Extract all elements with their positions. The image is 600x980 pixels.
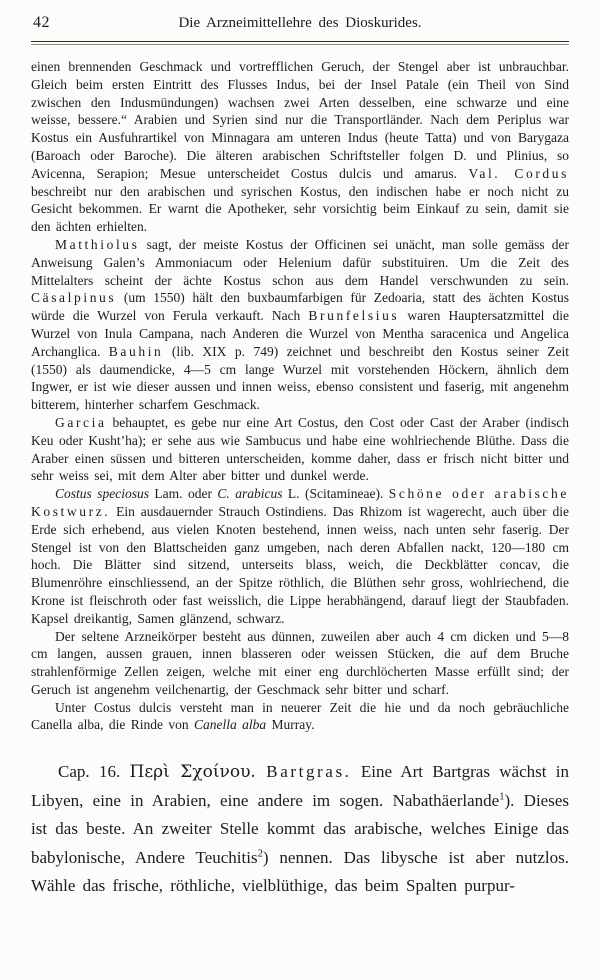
header-rule [31, 41, 569, 45]
text-run: Bartgras. [266, 762, 351, 781]
text-run: behauptet, es gebe nur eine Art Costus, … [31, 415, 569, 483]
text-run: Murray. [266, 717, 314, 732]
text-run: einen brennenden Geschmack und vortreffl… [31, 59, 569, 181]
text-run: Bauhin [109, 344, 164, 359]
page-header: 42 Die Arzneimittellehre des Dioskurides… [31, 14, 569, 38]
paragraph-cap-16: Cap. 16. Περὶ Σχοίνου. Bartgras. Eine Ar… [31, 758, 569, 901]
text-run: beschreibt nur den arabischen und syrisc… [31, 184, 569, 235]
page-body: einen brennenden Geschmack und vortreffl… [31, 58, 569, 901]
paragraph-costus-continuation: einen brennenden Geschmack und vortreffl… [31, 58, 569, 236]
text-run: Matthiolus [55, 237, 140, 252]
text-run: Cap. 16. [58, 762, 130, 781]
text-run: C. arabicus [217, 486, 282, 501]
running-title: Die Arzneimittellehre des Dioskurides. [31, 15, 569, 32]
paragraph-costus-speciosus: Costus speciosus Lam. oder C. arabicus L… [31, 485, 569, 627]
text-run: Garcia [55, 415, 107, 430]
paragraph-arzneikoerper: Der seltene Arzneikörper besteht aus dün… [31, 628, 569, 699]
text-run: L. (Scitamineae). [282, 486, 388, 501]
text-run: Περὶ Σχοίνου. [130, 762, 267, 782]
text-run: Val. Cordus [469, 166, 570, 181]
paragraph-matthiolus: Matthiolus sagt, der meiste Kostus der O… [31, 236, 569, 414]
paragraph-costus-dulcis: Unter Costus dulcis versteht man in neue… [31, 699, 569, 735]
paragraph-garcia: Garcia behauptet, es gebe nur eine Art C… [31, 414, 569, 485]
text-run: Ein ausdauernder Strauch Ostindiens. Das… [31, 504, 569, 626]
text-run: Cäsalpinus [31, 290, 116, 305]
text-run: Lam. oder [149, 486, 217, 501]
text-run: Brunfelsius [308, 308, 399, 323]
text-run: Costus speciosus [55, 486, 149, 501]
book-page: 42 Die Arzneimittellehre des Dioskurides… [0, 0, 600, 980]
text-run: Canella alba [194, 717, 266, 732]
text-run: Der seltene Arzneikörper besteht aus dün… [31, 629, 569, 697]
